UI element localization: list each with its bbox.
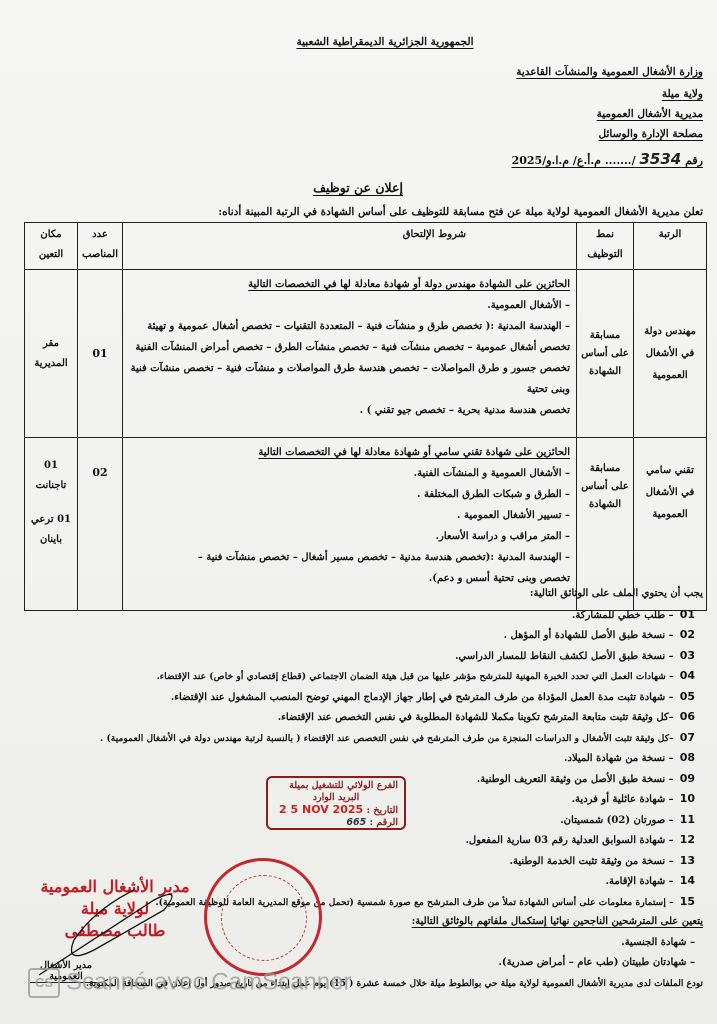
condition-line: – الهندسة المدنية :(تخصص هندسة مدنية – ت… (129, 547, 570, 568)
document-item: 04– شهادات العمل التي تحدد الخبرة المهني… (13, 666, 703, 687)
header-rank: الرتبة (634, 223, 707, 270)
ministry-label: وزارة الأشغال العمومية والمنشآت القاعدية (516, 66, 703, 78)
conditions-cell: الحائزين على الشهادة مهندس دولة أو شهادة… (122, 270, 576, 438)
place-line: 01 تاجنانت (29, 456, 73, 496)
document-item: 05– شهادة تثبت مدة العمل المؤداة من طرف … (13, 687, 703, 708)
condition-line: تخصص أشغال عمومية – تخصص منشآت فنية – تخ… (129, 337, 570, 358)
stamp-number-row: الرقم : 665 (274, 817, 398, 829)
place-cell: مقر المديرية (25, 270, 78, 438)
reference-number: رقم 3534 /....... م.أ.ع/ م.ا.و/2025 (512, 150, 703, 168)
table-header-row: الرتبة نمط التوظيف شروط الإلتحاق عدد الم… (25, 223, 707, 270)
page-title: إعلان عن توظيف (296, 180, 420, 195)
condition-line: تخصص هندسة مدنية بحرية – تخصص جيو تقني )… (129, 400, 570, 421)
count-cell: 01 (78, 270, 123, 438)
reference-prefix: رقم (685, 154, 703, 167)
header-count: عدد المناصب (78, 223, 123, 270)
document-item: 08– نسخة من شهادة الميلاد. (13, 748, 703, 769)
document-item: 03– نسخة طبق الأصل لكشف النقاط للمسار ال… (13, 646, 703, 667)
reference-handwritten-number: 3534 (640, 150, 682, 168)
wilaya-label: ولاية ميلة (662, 88, 703, 100)
directorate-label: مديرية الأشغال العمومية (597, 108, 703, 120)
condition-line: – الأشغال العمومية و المنشآت الفنية. (129, 463, 570, 484)
condition-line: – الأشغال العمومية. (129, 295, 570, 316)
condition-line: – الهندسة المدنية :( تخصص طرق و منشآت فن… (129, 316, 570, 337)
document-item: 13– نسخة من وثيقة تثبت الخدمة الوطنية. (13, 851, 703, 872)
conditions-heading: الحائزين على شهادة تقني سامي أو شهادة مع… (129, 442, 570, 463)
received-mail-stamp: الفرع الولائي للتشغيل بميلة البريد الوار… (266, 776, 406, 830)
document-item: 02– نسخة طبق الأصل للشهادة أو المؤهل . (13, 625, 703, 646)
condition-line: – تسيير الأشغال العمومية . (129, 505, 570, 526)
intro-text: تعلن مديرية الأشغال العمومية لولاية ميلة… (218, 206, 703, 218)
document-page: الجمهورية الجزائرية الديمقراطية الشعبية … (0, 0, 717, 1024)
header-conditions: شروط الإلتحاق (122, 223, 576, 270)
camscanner-logo-icon: CS (28, 968, 60, 998)
header-place: مكان التعين (25, 223, 78, 270)
document-item: 07–كل وثيقة تثبت الأشغال و الدراسات المن… (13, 728, 703, 749)
documents-intro: يجب أن يحتوي الملف على الوثائق التالية: (13, 584, 703, 605)
watermark-text: Scanné avec CamScanner (66, 968, 352, 995)
stamp-line: الفرع الولائي للتشغيل بميلة (274, 780, 398, 792)
document-item: 12– شهادة السوابق العدلية رقم 03 سارية ا… (13, 830, 703, 851)
conditions-heading: الحائزين على الشهادة مهندس دولة أو شهادة… (129, 274, 570, 295)
document-item: 01– طلب خطي للمشاركة. (13, 605, 703, 626)
official-seal-icon (204, 858, 322, 976)
service-label: مصلحة الإدارة والوسائل (599, 128, 703, 140)
condition-line: – المتر مراقب و دراسة الأسعار. (129, 526, 570, 547)
header-mode: نمط التوظيف (577, 223, 634, 270)
table-row: مهندس دولة في الأشغال العمومية مسابقة عل… (25, 270, 707, 438)
recruitment-table: الرتبة نمط التوظيف شروط الإلتحاق عدد الم… (24, 222, 707, 611)
camscanner-watermark: CSScanné avec CamScanner (28, 968, 352, 998)
document-item: 06–كل وثيقة تثبت متابعة المترشح تكوينا م… (13, 707, 703, 728)
reference-suffix: /....... م.أ.ع/ م.ا.و/2025 (512, 154, 636, 167)
condition-line: – الطرق و شبكات الطرق المختلفة . (129, 484, 570, 505)
mode-cell: مسابقة على أساس الشهادة (577, 270, 634, 438)
place-line: 01 ترعي باينان (29, 510, 73, 550)
stamp-date-row: التاريخ : 2 5 NOV 2025 (274, 804, 398, 817)
condition-line: تخصص جسور و طرق المواصلات – تخصص هندسة ط… (129, 358, 570, 400)
rank-cell: مهندس دولة في الأشغال العمومية (634, 270, 707, 438)
republic-header: الجمهورية الجزائرية الديمقراطية الشعبية (260, 36, 510, 48)
